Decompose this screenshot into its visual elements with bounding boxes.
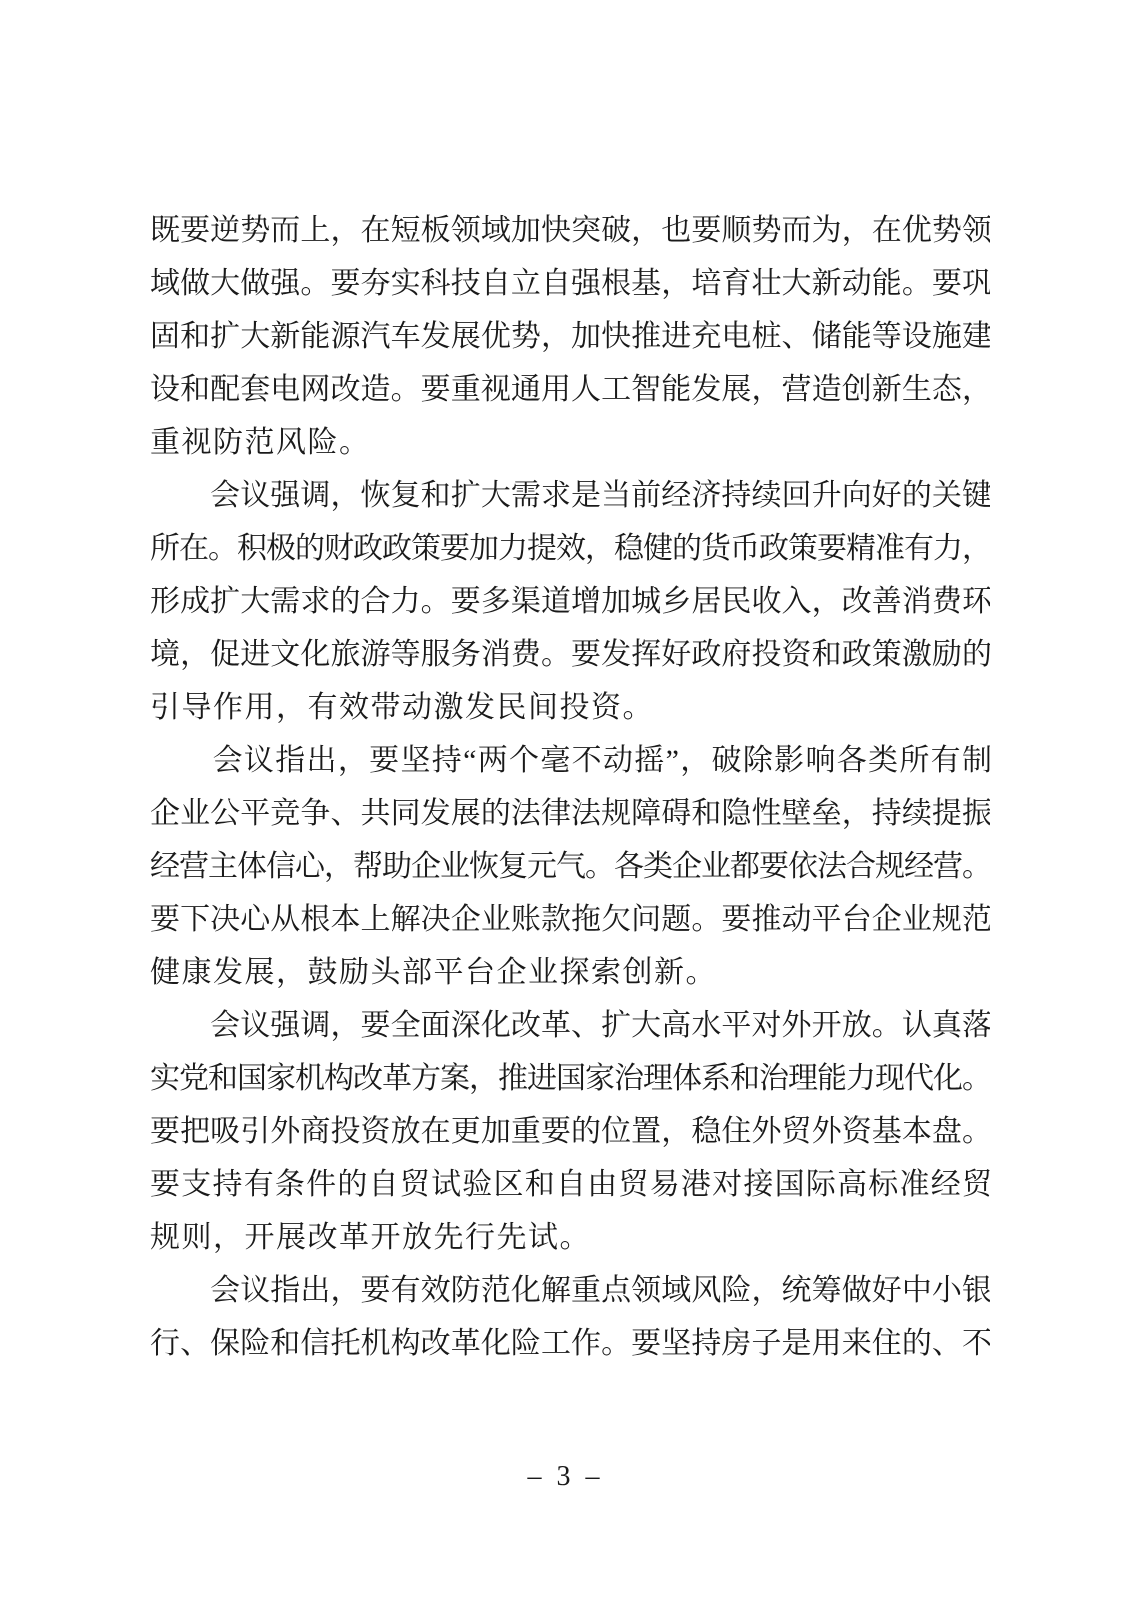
text-line: 规则，开展改革开放先行先试。 xyxy=(150,1211,990,1264)
paragraph: 会议强调，要全面深化改革、扩大高水平对外开放。认真落实党和国家机构改革方案，推进… xyxy=(150,999,990,1264)
document-body: 既要逆势而上，在短板领域加快突破，也要顺势而为，在优势领域做大做强。要夯实科技自… xyxy=(150,204,990,1370)
text-line: 实党和国家机构改革方案，推进国家治理体系和治理能力现代化。 xyxy=(150,1052,990,1105)
paragraph: 会议强调，恢复和扩大需求是当前经济持续回升向好的关键所在。积极的财政政策要加力提… xyxy=(150,469,990,734)
text-line: 所在。积极的财政政策要加力提效，稳健的货币政策要精准有力， xyxy=(150,522,990,575)
text-line: 引导作用，有效带动激发民间投资。 xyxy=(150,681,990,734)
text-line: 既要逆势而上，在短板领域加快突破，也要顺势而为，在优势领 xyxy=(150,204,990,257)
text-line: 会议指出，要坚持“两个毫不动摇”，破除影响各类所有制 xyxy=(150,734,990,787)
document-page: 既要逆势而上，在短板领域加快突破，也要顺势而为，在优势领域做大做强。要夯实科技自… xyxy=(0,0,1131,1600)
text-line: 会议指出，要有效防范化解重点领域风险，统筹做好中小银 xyxy=(150,1264,990,1317)
text-line: 会议强调，要全面深化改革、扩大高水平对外开放。认真落 xyxy=(150,999,990,1052)
text-line: 行、保险和信托机构改革化险工作。要坚持房子是用来住的、不 xyxy=(150,1317,990,1370)
text-line: 要把吸引外商投资放在更加重要的位置，稳住外贸外资基本盘。 xyxy=(150,1105,990,1158)
text-line: 要下决心从根本上解决企业账款拖欠问题。要推动平台企业规范 xyxy=(150,893,990,946)
text-line: 设和配套电网改造。要重视通用人工智能发展，营造创新生态， xyxy=(150,363,990,416)
text-line: 重视防范风险。 xyxy=(150,416,990,469)
text-line: 经营主体信心，帮助企业恢复元气。各类企业都要依法合规经营。 xyxy=(150,840,990,893)
text-line: 域做大做强。要夯实科技自立自强根基，培育壮大新动能。要巩 xyxy=(150,257,990,310)
text-line: 形成扩大需求的合力。要多渠道增加城乡居民收入，改善消费环 xyxy=(150,575,990,628)
text-line: 企业公平竞争、共同发展的法律法规障碍和隐性壁垒，持续提振 xyxy=(150,787,990,840)
text-line: 固和扩大新能源汽车发展优势，加快推进充电桩、储能等设施建 xyxy=(150,310,990,363)
text-line: 会议强调，恢复和扩大需求是当前经济持续回升向好的关键 xyxy=(150,469,990,522)
paragraph: 会议指出，要坚持“两个毫不动摇”，破除影响各类所有制企业公平竞争、共同发展的法律… xyxy=(150,734,990,999)
text-line: 健康发展，鼓励头部平台企业探索创新。 xyxy=(150,946,990,999)
paragraph: 既要逆势而上，在短板领域加快突破，也要顺势而为，在优势领域做大做强。要夯实科技自… xyxy=(150,204,990,469)
text-line: 要支持有条件的自贸试验区和自由贸易港对接国际高标准经贸 xyxy=(150,1158,990,1211)
paragraph: 会议指出，要有效防范化解重点领域风险，统筹做好中小银行、保险和信托机构改革化险工… xyxy=(150,1264,990,1370)
page-number: – 3 – xyxy=(0,1462,1131,1492)
text-line: 境，促进文化旅游等服务消费。要发挥好政府投资和政策激励的 xyxy=(150,628,990,681)
